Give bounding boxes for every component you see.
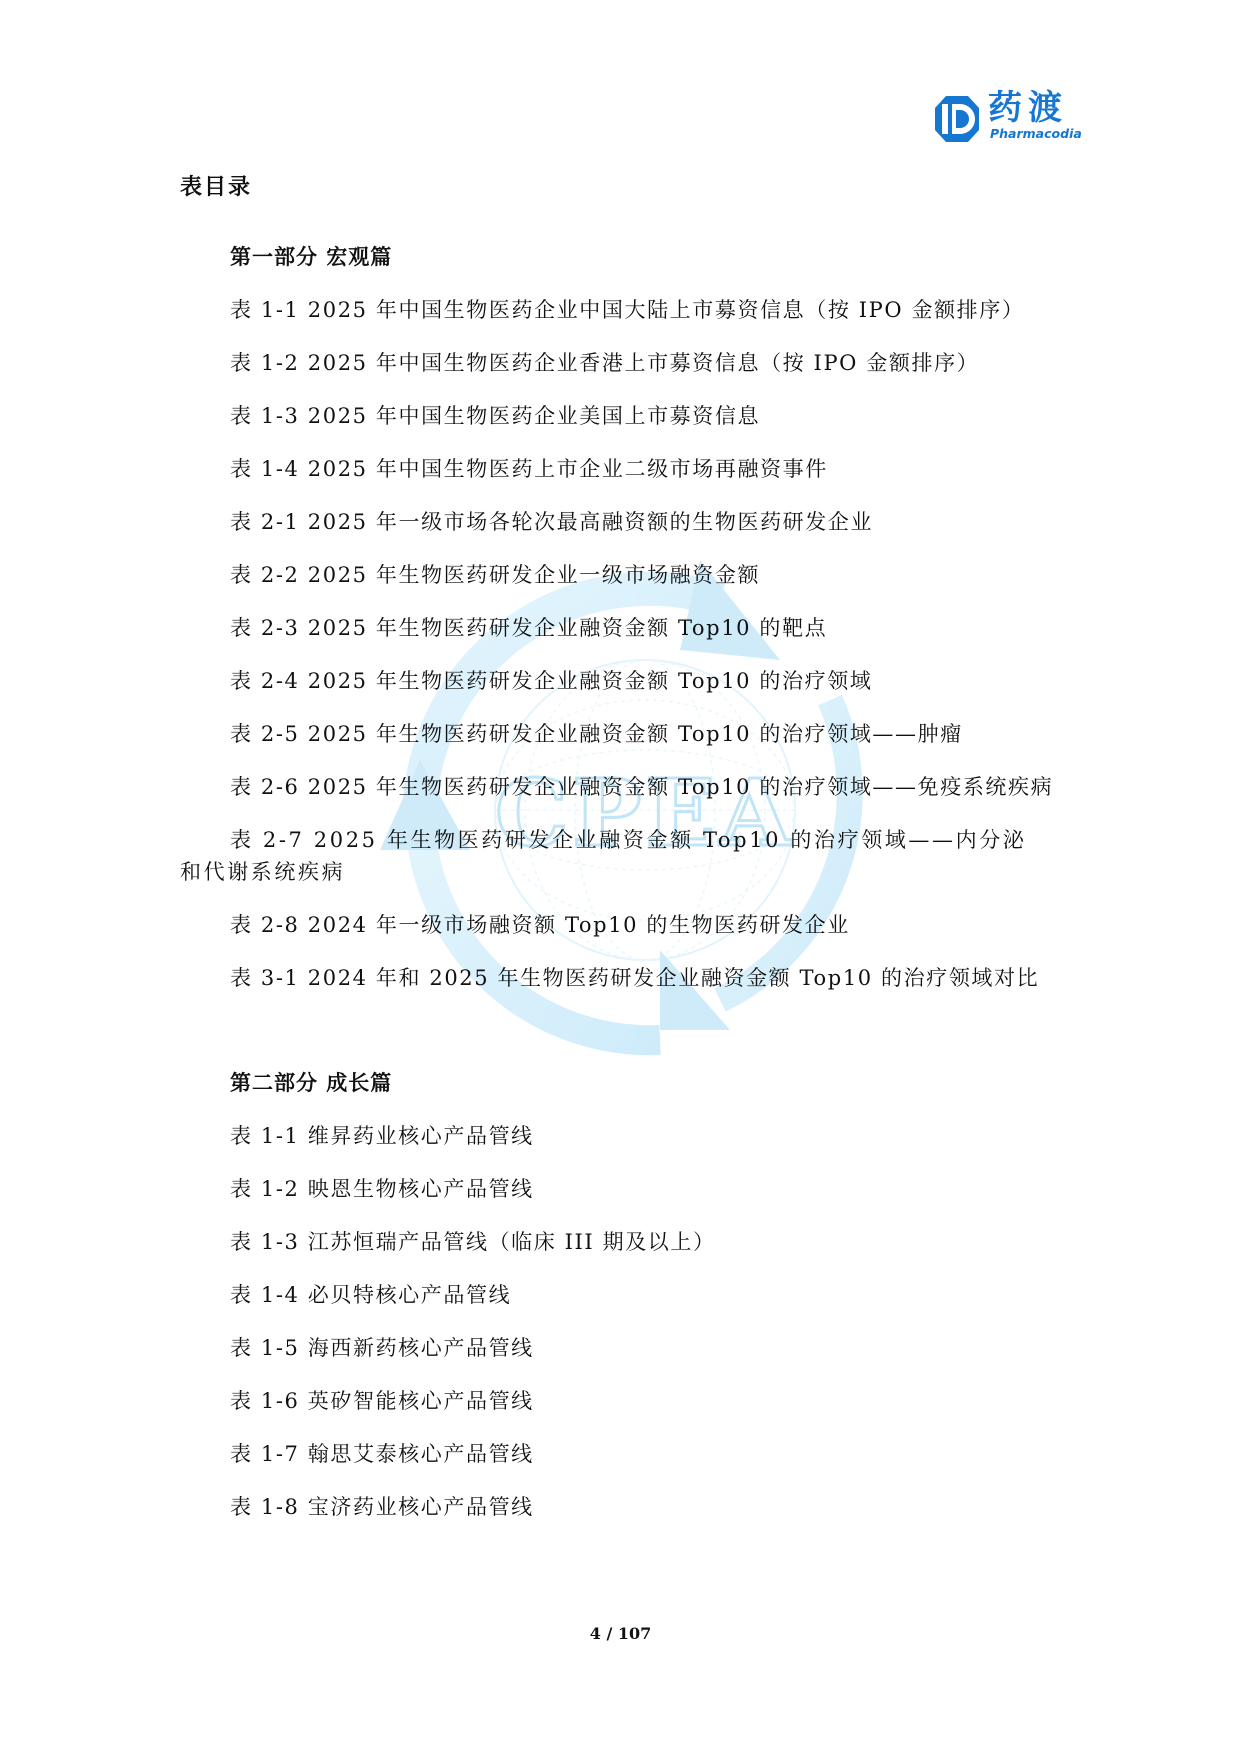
toc-entry[interactable]: 表 1-2 映恩生物核心产品管线 (230, 1174, 534, 1204)
toc-entry[interactable]: 表 1-3 江苏恒瑞产品管线（临床 III 期及以上） (230, 1227, 716, 1257)
toc-entry[interactable]: 表 1-1 维昇药业核心产品管线 (230, 1121, 534, 1151)
logo-chinese-name: 药渡 (988, 88, 1068, 128)
toc-entry[interactable]: 表 2-1 2025 年一级市场各轮次最高融资额的生物医药研发企业 (230, 507, 873, 537)
toc-entry[interactable]: 表 1-2 2025 年中国生物医药企业香港上市募资信息（按 IPO 金额排序） (230, 348, 979, 378)
toc-entry[interactable]: 表 1-1 2025 年中国生物医药企业中国大陆上市募资信息（按 IPO 金额排… (230, 295, 1024, 325)
toc-entry[interactable]: 表 1-6 英矽智能核心产品管线 (230, 1386, 534, 1416)
toc-entry[interactable]: 表 2-7 2025 年生物医药研发企业融资金额 Top10 的治疗领域——内分… (180, 824, 1038, 888)
toc-entry[interactable]: 表 1-4 必贝特核心产品管线 (230, 1280, 511, 1310)
page-number: 4 / 107 (0, 1624, 1241, 1644)
toc-entry[interactable]: 表 1-3 2025 年中国生物医药企业美国上市募资信息 (230, 401, 760, 431)
section-heading-part1: 第一部分 宏观篇 (230, 242, 392, 272)
toc-entry[interactable]: 表 3-1 2024 年和 2025 年生物医药研发企业融资金额 Top10 的… (230, 963, 1039, 993)
toc-entry[interactable]: 表 2-4 2025 年生物医药研发企业融资金额 Top10 的治疗领域 (230, 666, 872, 696)
section-heading-part2: 第二部分 成长篇 (230, 1068, 392, 1098)
toc-entry[interactable]: 表 2-6 2025 年生物医药研发企业融资金额 Top10 的治疗领域——免疫… (230, 772, 1053, 802)
logo-english-name: Pharmacodia (990, 126, 1082, 142)
toc-entry[interactable]: 表 2-3 2025 年生物医药研发企业融资金额 Top10 的靶点 (230, 613, 827, 643)
page-title: 表目录 (180, 172, 252, 202)
toc-entry[interactable]: 表 2-8 2024 年一级市场融资额 Top10 的生物医药研发企业 (230, 910, 850, 940)
toc-entry[interactable]: 表 1-4 2025 年中国生物医药上市企业二级市场再融资事件 (230, 454, 828, 484)
pharmacodia-logo: 药渡 Pharmacodia (934, 88, 1086, 146)
pharmacodia-logo-icon (934, 94, 980, 144)
toc-entry[interactable]: 表 1-7 翰思艾泰核心产品管线 (230, 1439, 534, 1469)
toc-entry[interactable]: 表 2-5 2025 年生物医药研发企业融资金额 Top10 的治疗领域——肿瘤 (230, 719, 963, 749)
toc-entry[interactable]: 表 2-2 2025 年生物医药研发企业一级市场融资金额 (230, 560, 760, 590)
toc-entry[interactable]: 表 1-5 海西新药核心产品管线 (230, 1333, 534, 1363)
toc-entry[interactable]: 表 1-8 宝济药业核心产品管线 (230, 1492, 534, 1522)
